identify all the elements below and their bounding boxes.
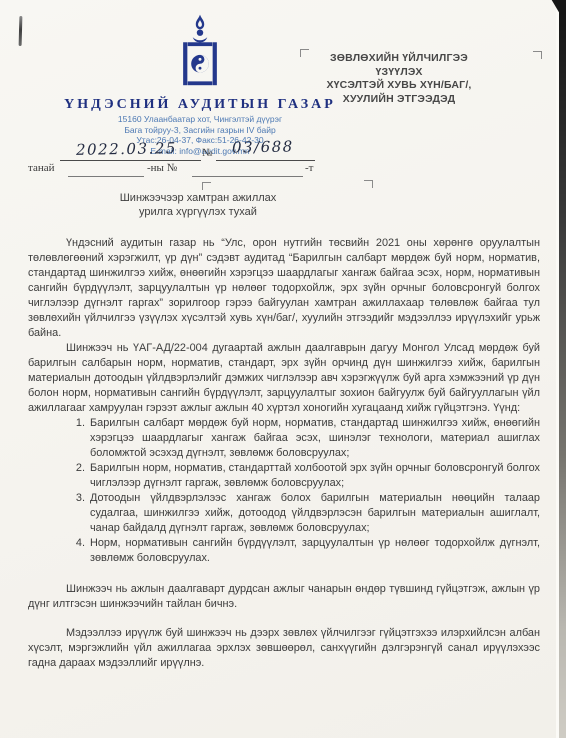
handwritten-doc-number: 03/688 — [232, 137, 294, 156]
letter-subject: Шинжээчээр хамтран ажиллах урилга хүргүү… — [100, 191, 296, 219]
org-address-line: 15160 Улаанбаатар хот, Чингэлтэй дүүрэг — [20, 114, 380, 125]
doc-number-blank-line — [216, 159, 315, 161]
recipient-block: ЗӨВЛӨХИЙН ҮЙЛЧИЛГЭЭ ҮЗҮҮЛЭХ ХҮСЭЛТЭЙ ХУВ… — [308, 52, 490, 106]
body-paragraph: Мэдээллээ ирүүлж буй шинжээч нь дээрх зө… — [28, 626, 540, 671]
recipient-line: ЗӨВЛӨХИЙН ҮЙЛЧИЛГЭЭ ҮЗҮҮЛЭХ — [308, 52, 490, 79]
scan-corner-artifact — [544, 0, 566, 13]
corner-mark-icon — [533, 51, 542, 59]
recipient-line: ХҮСЭЛТЭЙ ХУВЬ ХҮН/БАГ/, — [308, 79, 490, 93]
org-address-line: Бага тойруу-3, Засгийн газрын IV байр — [20, 125, 380, 136]
org-address: 15160 Улаанбаатар хот, Чингэлтэй дүүрэг … — [20, 114, 380, 156]
your-ref-label: танай — [28, 162, 54, 174]
date-blank-line — [60, 159, 201, 161]
corner-mark-icon — [364, 180, 373, 188]
letter-body: Үндэсний аудитын газар нь “Улс, орон нут… — [28, 236, 540, 671]
letter-subject-line: Шинжээчээр хамтран ажиллах — [100, 191, 296, 205]
your-ref-mid-label: -ны № — [147, 162, 177, 174]
handwritten-date: 2022.03.25 — [76, 139, 177, 159]
staple-mark — [19, 16, 23, 46]
list-item: Дотоодын үйлдвэрлэлээс хангаж болох бари… — [88, 491, 540, 536]
scanned-letter-page: ҮНДЭСНИЙ АУДИТЫН ГАЗАР 15160 Улаанбаатар… — [0, 0, 566, 738]
soyombo-emblem-icon — [177, 12, 223, 94]
your-ref-number-blank-line — [192, 175, 303, 177]
body-paragraph: Шинжээч нь ҮАГ-АД/22-004 дугаартай ажлын… — [28, 341, 540, 416]
org-email: E-mail: info@audit.gov.mn — [20, 146, 380, 157]
recipient-line: ХУУЛИЙН ЭТГЭЭДЭД — [308, 93, 490, 107]
list-item: Барилгын норм, норматив, стандарттай хол… — [88, 461, 540, 491]
your-ref-suffix-label: -т — [305, 162, 313, 174]
numbered-list: Барилгын салбарт мөрдөж буй норм, нормат… — [28, 416, 540, 566]
scan-edge-shadow — [559, 0, 566, 738]
body-paragraph: Үндэсний аудитын газар нь “Улс, орон нут… — [28, 236, 540, 341]
letter-subject-line: урилга хүргүүлэх тухай — [100, 205, 296, 219]
corner-mark-icon — [202, 182, 211, 190]
number-symbol: № — [202, 147, 213, 159]
list-item: Норм, нормативын сангийн бүрдүүлэлт, зар… — [88, 536, 540, 566]
your-ref-blank-line — [68, 175, 144, 177]
org-address-line: Утас:26-04-37, Факс:51-26-42-30 — [20, 135, 380, 146]
list-item: Барилгын салбарт мөрдөж буй норм, нормат… — [88, 416, 540, 461]
body-paragraph: Шинжээч нь ажлын даалгаварт дурдсан ажлы… — [28, 582, 540, 612]
